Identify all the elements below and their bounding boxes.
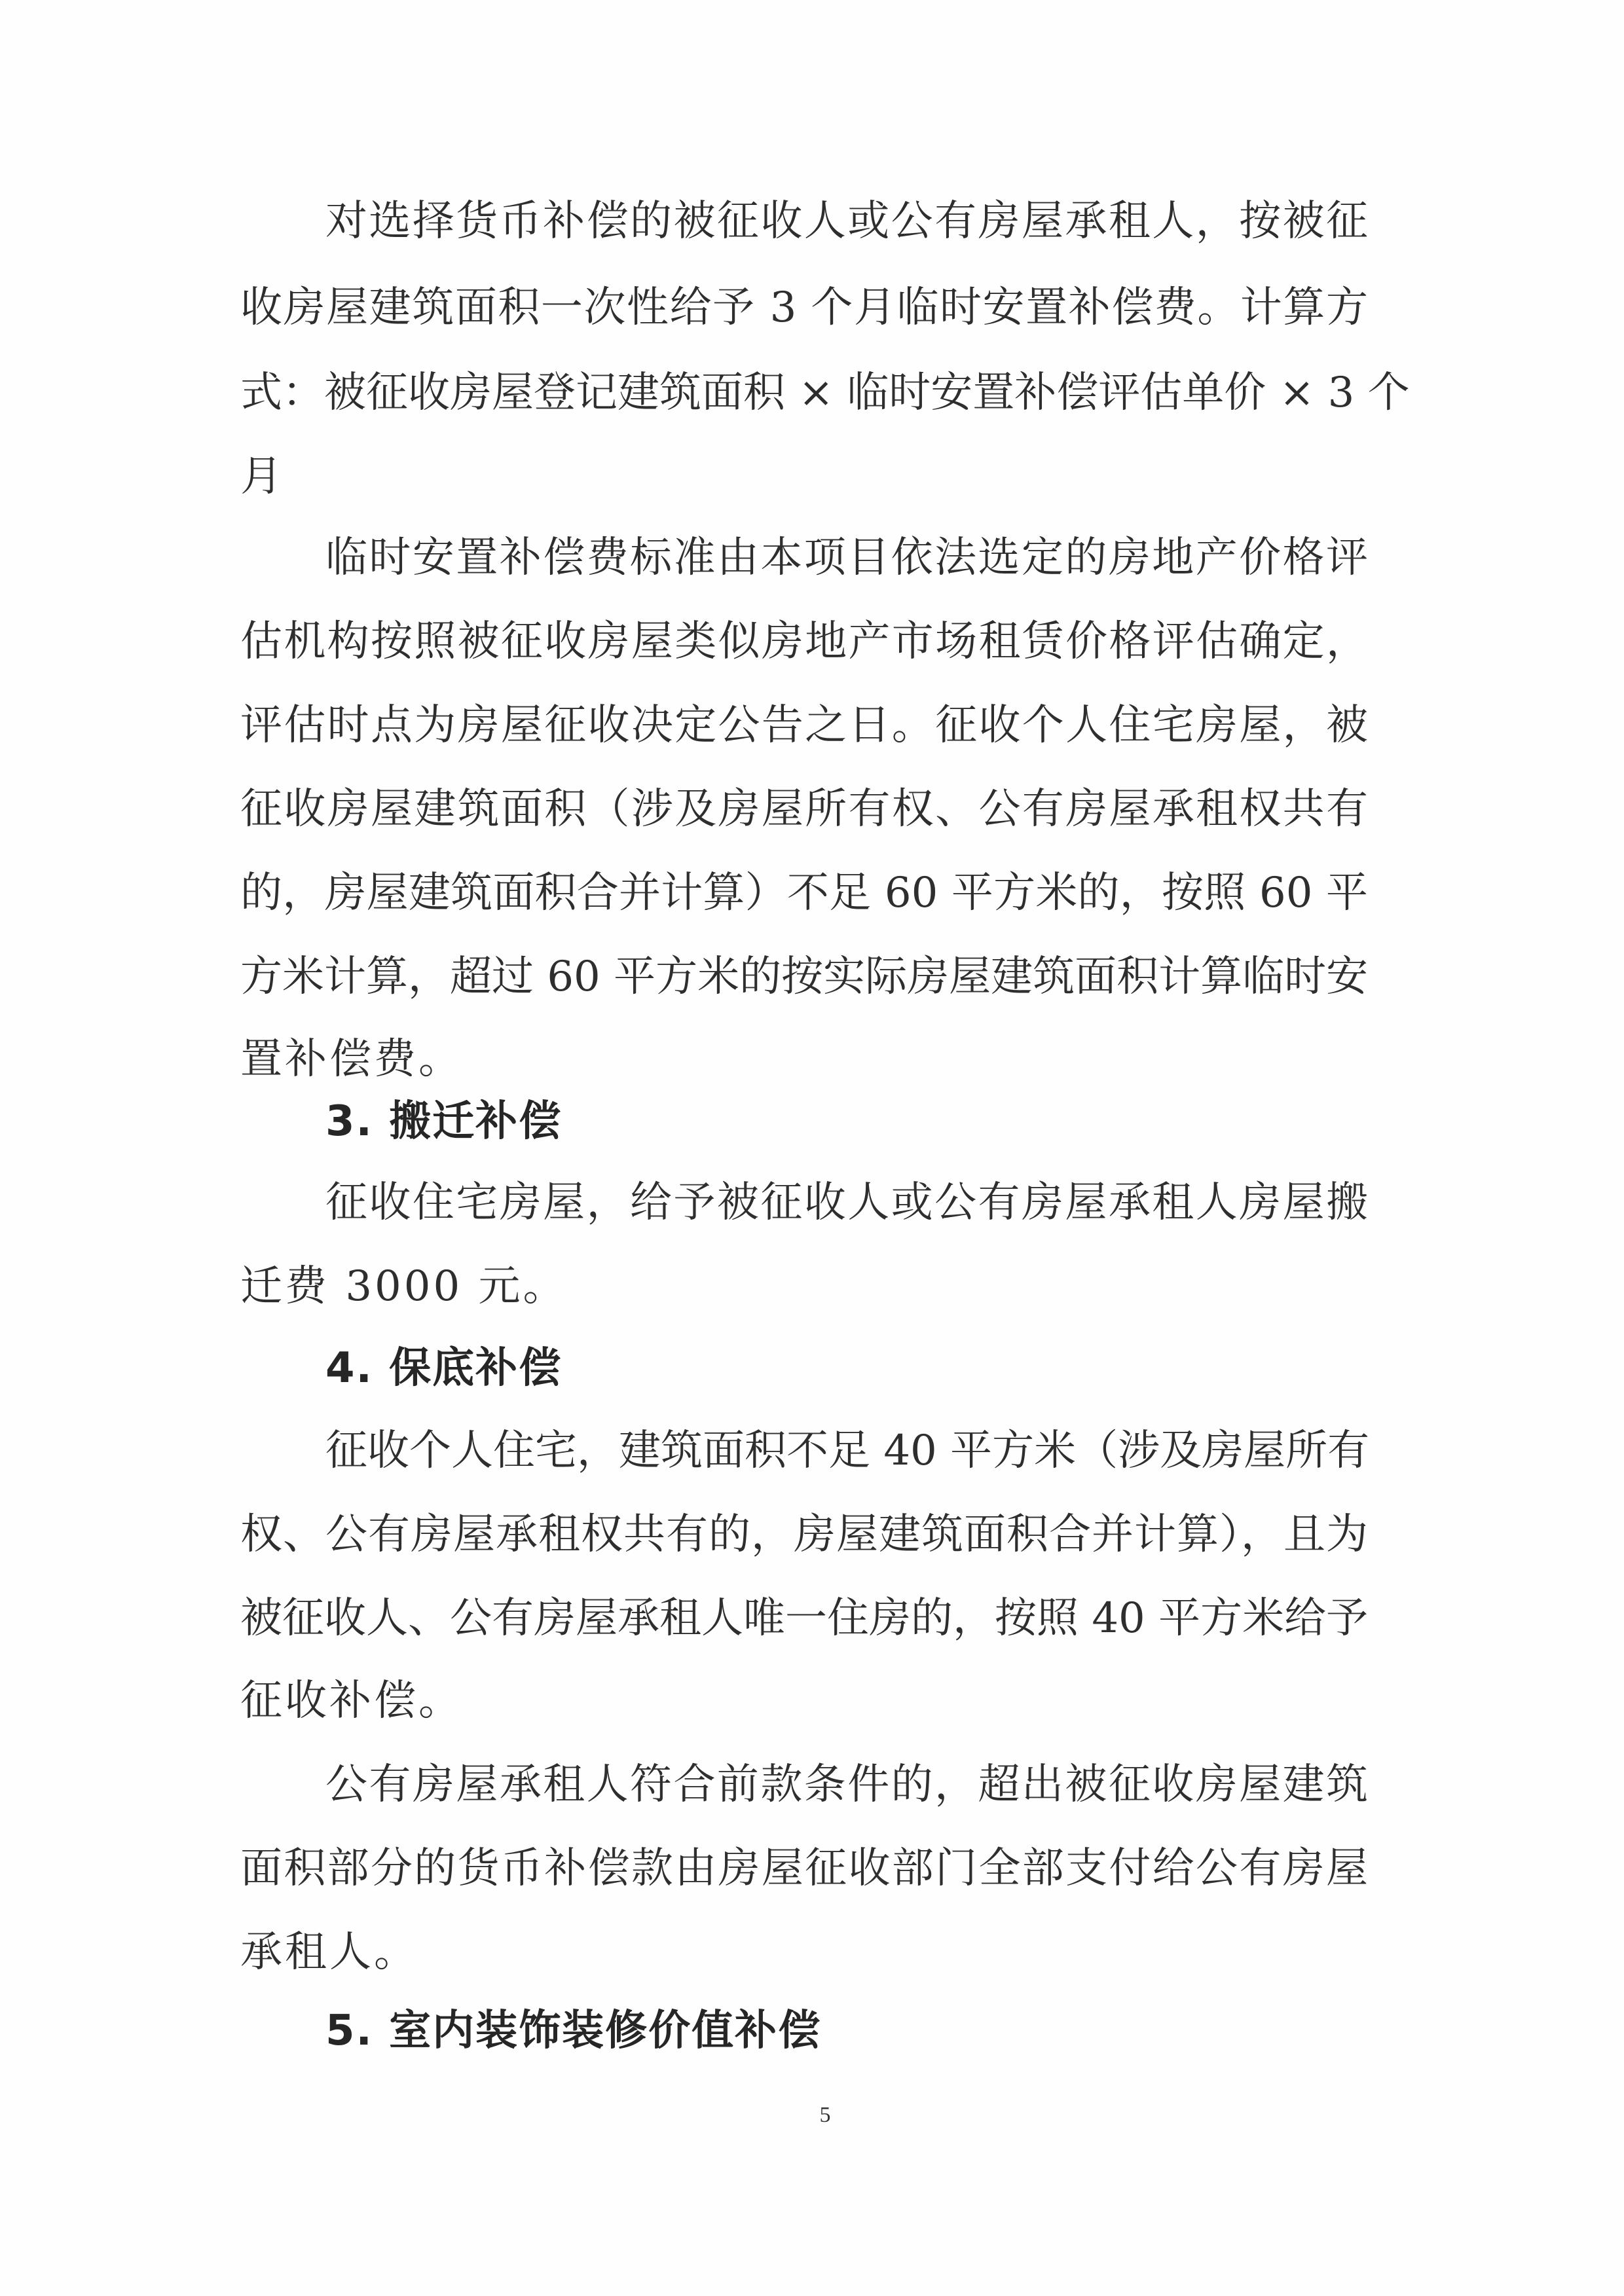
paragraph-2-line-7: 置补偿费。 xyxy=(240,1033,1368,1085)
paragraph-1-line-4: 月 xyxy=(240,450,1368,503)
paragraph-4-line-4: 征收补偿。 xyxy=(240,1675,1368,1727)
paragraph-3-line-1: 征收住宅房屋，给予被征收人或公有房屋承租人房屋搬 xyxy=(325,1176,1368,1229)
section-heading-minimum-compensation: 4. 保底补偿 xyxy=(325,1342,562,1394)
paragraph-1-line-2: 收房屋建筑面积一次性给予 3 个月临时安置补偿费。计算方 xyxy=(240,282,1368,334)
section-heading-relocation-compensation: 3. 搬迁补偿 xyxy=(325,1095,562,1148)
paragraph-3-line-2: 迁费 3000 元。 xyxy=(240,1260,1368,1313)
section-heading-decoration-compensation: 5. 室内装饰装修价值补偿 xyxy=(325,2005,821,2057)
paragraph-2-line-4: 征收房屋建筑面积（涉及房屋所有权、公有房屋承租权共有 xyxy=(240,783,1368,835)
paragraph-2-line-1: 临时安置补偿费标准由本项目依法选定的房地产价格评 xyxy=(325,532,1368,584)
page-number: 5 xyxy=(812,2103,838,2128)
document-page: 对选择货币补偿的被征收人或公有房屋承租人，按被征 收房屋建筑面积一次性给予 3 … xyxy=(0,0,1624,2296)
paragraph-4-line-1: 征收个人住宅，建筑面积不足 40 平方米（涉及房屋所有 xyxy=(325,1425,1368,1477)
paragraph-5-line-3: 承租人。 xyxy=(240,1926,1368,1978)
paragraph-5-line-1: 公有房屋承租人符合前款条件的，超出被征收房屋建筑 xyxy=(325,1758,1368,1811)
paragraph-2-line-2: 估机构按照被征收房屋类似房地产市场租赁价格评估确定， xyxy=(240,615,1368,668)
paragraph-2-line-3: 评估时点为房屋征收决定公告之日。征收个人住宅房屋，被 xyxy=(240,699,1368,752)
paragraph-1-line-1: 对选择货币补偿的被征收人或公有房屋承租人，按被征 xyxy=(325,195,1368,247)
paragraph-2-line-6: 方米计算，超过 60 平方米的按实际房屋建筑面积计算临时安 xyxy=(240,951,1368,1003)
paragraph-1-line-3: 式：被征收房屋登记建筑面积 × 临时安置补偿评估单价 × 3 个 xyxy=(240,367,1368,419)
paragraph-2-line-5: 的，房屋建筑面积合并计算）不足 60 平方米的，按照 60 平 xyxy=(240,867,1368,919)
paragraph-4-line-3: 被征收人、公有房屋承租人唯一住房的，按照 40 平方米给予 xyxy=(240,1592,1368,1645)
paragraph-4-line-2: 权、公有房屋承租权共有的，房屋建筑面积合并计算），且为 xyxy=(240,1508,1368,1561)
paragraph-5-line-2: 面积部分的货币补偿款由房屋征收部门全部支付给公有房屋 xyxy=(240,1842,1368,1895)
